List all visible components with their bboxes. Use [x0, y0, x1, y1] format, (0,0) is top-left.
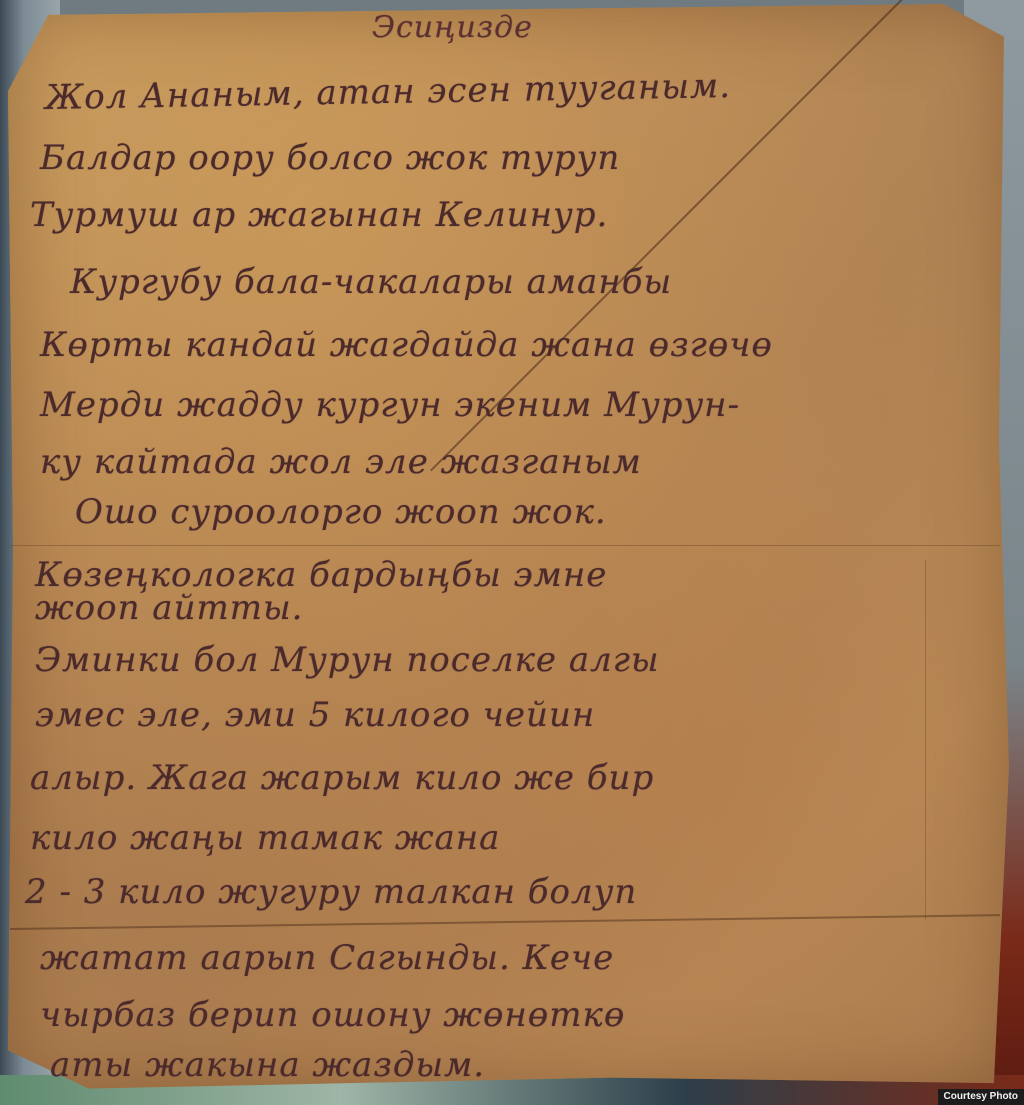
letter-line: 2 - 3 кило жугуру талкан болуп	[25, 872, 637, 912]
letter-line: Жол Ананым, атан эсен тууганым.	[45, 66, 732, 118]
letter-line: Ошо суроолорго жооп жок.	[75, 492, 607, 532]
letter-line: кило жаңы тамак жана	[30, 818, 500, 858]
letter-line: Көрты кандай жагдайда жана өзгөчө	[40, 325, 773, 365]
letter-line: Кургубу бала-чакалары аманбы	[70, 262, 672, 302]
letter-line: алыр. Жага жарым кило же бир	[30, 758, 654, 798]
letter-line: чырбаз берип ошону жөнөткө	[40, 995, 625, 1035]
letter-line: Эминки бол Мурун поселке алгы	[35, 640, 660, 680]
letter-line: Турмуш ар жагынан Келинур.	[30, 195, 608, 235]
letter-line: Балдар оору болсо жок туруп	[40, 138, 620, 178]
letter-line: ку кайтада жол эле жазганым	[40, 442, 642, 482]
letter-line: жатат аарып Сагынды. Кече	[40, 938, 614, 978]
letter-line: эмес эле, эми 5 килого чейин	[35, 695, 595, 735]
letter-line: аты жакына жаздым.	[50, 1045, 485, 1085]
photo-credit: Courtesy Photo	[938, 1089, 1024, 1105]
letter-line: Мерди жадду кургун экеним Мурун-	[40, 385, 740, 425]
letter-line: жооп айтты.	[35, 588, 303, 628]
letter-title: Эсиңизде	[372, 10, 533, 45]
handwritten-letter: Эсиңизде Жол Ананым, атан эсен тууганым.…	[0, 0, 1024, 1105]
